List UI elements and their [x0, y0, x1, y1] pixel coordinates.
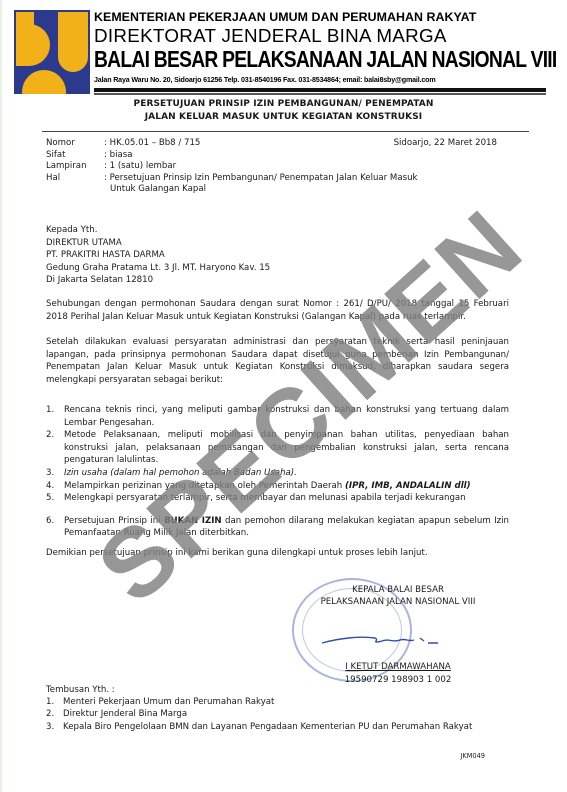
list-item: 1.Menteri Pekerjaan Umum dan Perumahan R…	[46, 696, 472, 708]
hal-value: : Persetujuan Prinsip Izin Pembangunan/ …	[104, 173, 464, 185]
signatory-title-line2: PELAKSANAAN JALAN NASIONAL VIII	[308, 596, 488, 608]
pupr-logo-icon	[14, 10, 90, 94]
document-title-line2: JALAN KELUAR MASUK UNTUK KEGIATAN KONSTR…	[0, 112, 567, 122]
directorate-name: DIREKTORAT JENDERAL BINA MARGA	[94, 25, 447, 47]
office-address: Jalan Raya Waru No. 20, Sidoarjo 61256 T…	[94, 76, 436, 84]
letter-date: Sidoarjo, 22 Maret 2018	[394, 138, 497, 148]
signatory-title: KEPALA BALAI BESAR PELAKSANAAN JALAN NAS…	[308, 584, 488, 608]
body-paragraph-2: Setelah dilakukan evaluasi persyaratan a…	[46, 336, 509, 386]
sifat-value: : biasa	[104, 150, 404, 162]
list-item: 3.Izin usaha (dalam hal pemohon adalah B…	[46, 467, 509, 480]
requirements-list: 1.Rencana teknis rinci, yang meliputi ga…	[46, 404, 509, 540]
signatory-title-line1: KEPALA BALAI BESAR	[308, 584, 488, 596]
document-code: JKM049	[460, 752, 485, 760]
document-title-line1: PERSETUJUAN PRINSIP IZIN PEMBANGUNAN/ PE…	[0, 99, 567, 109]
recipient-position: DIREKTUR UTAMA	[46, 237, 270, 250]
list-item: 2.Direktur Jenderal Bina Marga	[46, 708, 472, 720]
body-paragraph-1: Sehubungan dengan permohonan Saudara den…	[46, 298, 509, 323]
letterhead-divider	[94, 88, 546, 92]
lampiran-value: : 1 (satu) lembar	[104, 161, 404, 173]
tembusan-block: Tembusan Yth. : 1.Menteri Pekerjaan Umum…	[46, 684, 472, 733]
list-item: 1.Rencana teknis rinci, yang meliputi ga…	[46, 404, 509, 429]
ministry-name: KEMENTERIAN PEKERJAAN UMUM DAN PERUMAHAN…	[94, 10, 476, 24]
office-name: BALAI BESAR PELAKSANAAN JALAN NASIONAL V…	[94, 46, 557, 73]
list-item: 4.Melampirkan perizinan yang ditetapkan …	[46, 480, 509, 493]
recipient-company: PT. PRAKITRI HASTA DARMA	[46, 249, 270, 262]
handwritten-signature-icon	[320, 632, 440, 646]
signatory-name: I KETUT DARMAWAHANA	[308, 662, 488, 672]
hal-label: Hal	[46, 173, 104, 185]
letterhead-divider-thin	[94, 93, 546, 95]
nomor-label: Nomor	[46, 138, 104, 150]
tembusan-label: Tembusan Yth. :	[46, 684, 472, 696]
recipient-address1: Gedung Graha Pratama Lt. 3 Jl. MT. Haryo…	[46, 262, 270, 275]
recipient-greeting: Kepada Yth.	[46, 224, 270, 237]
list-item: 2.Metode Pelaksanaan, meliputi mobilisas…	[46, 429, 509, 467]
hal-value-cont: Untuk Galangan Kapal	[104, 184, 410, 196]
recipient-address2: Di Jakarta Selatan 12810	[46, 274, 270, 287]
nomor-value: : HK.05.01 – Bb8 / 715	[104, 138, 404, 150]
list-item: 5.Melengkapi persyaratan terlampir, sert…	[46, 492, 509, 505]
bukan-izin-emphasis: BUKAN IZIN	[164, 516, 222, 526]
title-divider	[42, 131, 529, 132]
sifat-label: Sifat	[46, 150, 104, 162]
lampiran-label: Lampiran	[46, 161, 104, 173]
closing-sentence: Demikian persetujuan prinsip ini kami be…	[46, 548, 428, 558]
recipient-block: Kepada Yth. DIREKTUR UTAMA PT. PRAKITRI …	[46, 224, 270, 287]
list-item: 6.Persetujuan Prinsip ini BUKAN IZIN dan…	[46, 515, 509, 540]
list-item: 3.Kepala Biro Pengelolaan BMN dan Layana…	[46, 721, 472, 733]
